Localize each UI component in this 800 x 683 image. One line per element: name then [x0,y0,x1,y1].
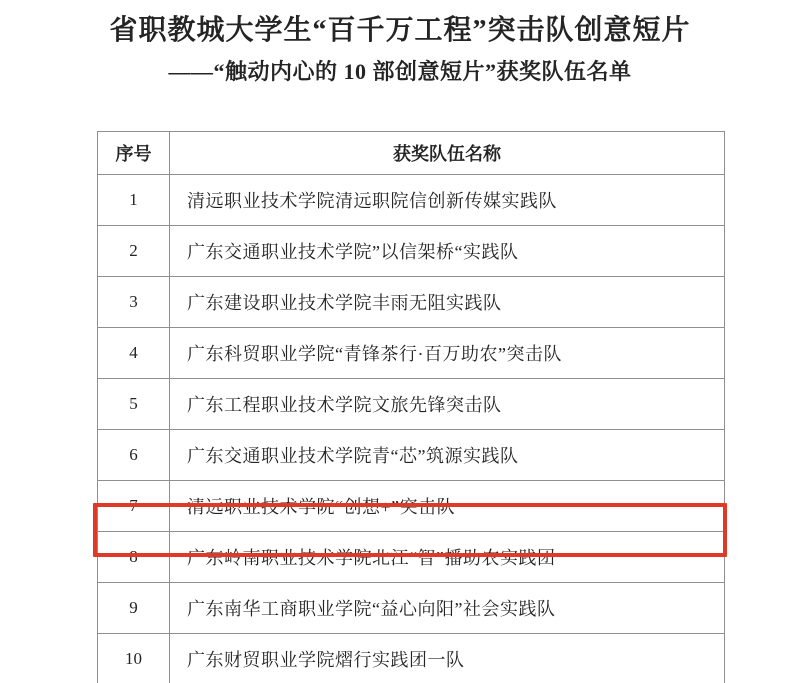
row-index: 10 [98,634,170,683]
table-row: 10 广东财贸职业学院熠行实践团一队 [98,634,725,683]
row-index: 6 [98,430,170,481]
team-name: 清远职业技术学院“创想+”突击队 [170,481,725,532]
table-row: 3 广东建设职业技术学院丰雨无阻实践队 [98,277,725,328]
table-row: 1 清远职业技术学院清远职院信创新传媒实践队 [98,175,725,226]
team-name: 清远职业技术学院清远职院信创新传媒实践队 [170,175,725,226]
page-title: 省职教城大学生“百千万工程”突击队创意短片 [0,12,800,50]
column-header-name: 获奖队伍名称 [170,132,725,175]
row-index: 7 [98,481,170,532]
team-name: 广东建设职业技术学院丰雨无阻实践队 [170,277,725,328]
award-table: 序号 获奖队伍名称 1 清远职业技术学院清远职院信创新传媒实践队 2 广东交通职… [97,131,725,683]
team-name: 广东交通职业技术学院青“芯”筑源实践队 [170,430,725,481]
table-header-row: 序号 获奖队伍名称 [98,132,725,175]
page-subtitle: ——“触动内心的 10 部创意短片”获奖队伍名单 [0,56,800,88]
row-index: 2 [98,226,170,277]
column-header-index: 序号 [98,132,170,175]
row-index: 8 [98,532,170,583]
team-name: 广东交通职业技术学院”以信架桥“实践队 [170,226,725,277]
team-name: 广东工程职业技术学院文旅先锋突击队 [170,379,725,430]
team-name: 广东科贸职业学院“青锋茶行·百万助农”突击队 [170,328,725,379]
team-name: 广东财贸职业学院熠行实践团一队 [170,634,725,683]
table-row-highlighted: 8 广东岭南职业技术学院北江“智”播助农实践团 [98,532,725,583]
row-index: 4 [98,328,170,379]
table-row: 5 广东工程职业技术学院文旅先锋突击队 [98,379,725,430]
table-row: 9 广东南华工商职业学院“益心向阳”社会实践队 [98,583,725,634]
row-index: 1 [98,175,170,226]
team-name: 广东南华工商职业学院“益心向阳”社会实践队 [170,583,725,634]
row-index: 5 [98,379,170,430]
row-index: 3 [98,277,170,328]
row-index: 9 [98,583,170,634]
table-row: 4 广东科贸职业学院“青锋茶行·百万助农”突击队 [98,328,725,379]
team-name: 广东岭南职业技术学院北江“智”播助农实践团 [170,532,725,583]
table-row: 7 清远职业技术学院“创想+”突击队 [98,481,725,532]
table-row: 2 广东交通职业技术学院”以信架桥“实践队 [98,226,725,277]
table-row: 6 广东交通职业技术学院青“芯”筑源实践队 [98,430,725,481]
